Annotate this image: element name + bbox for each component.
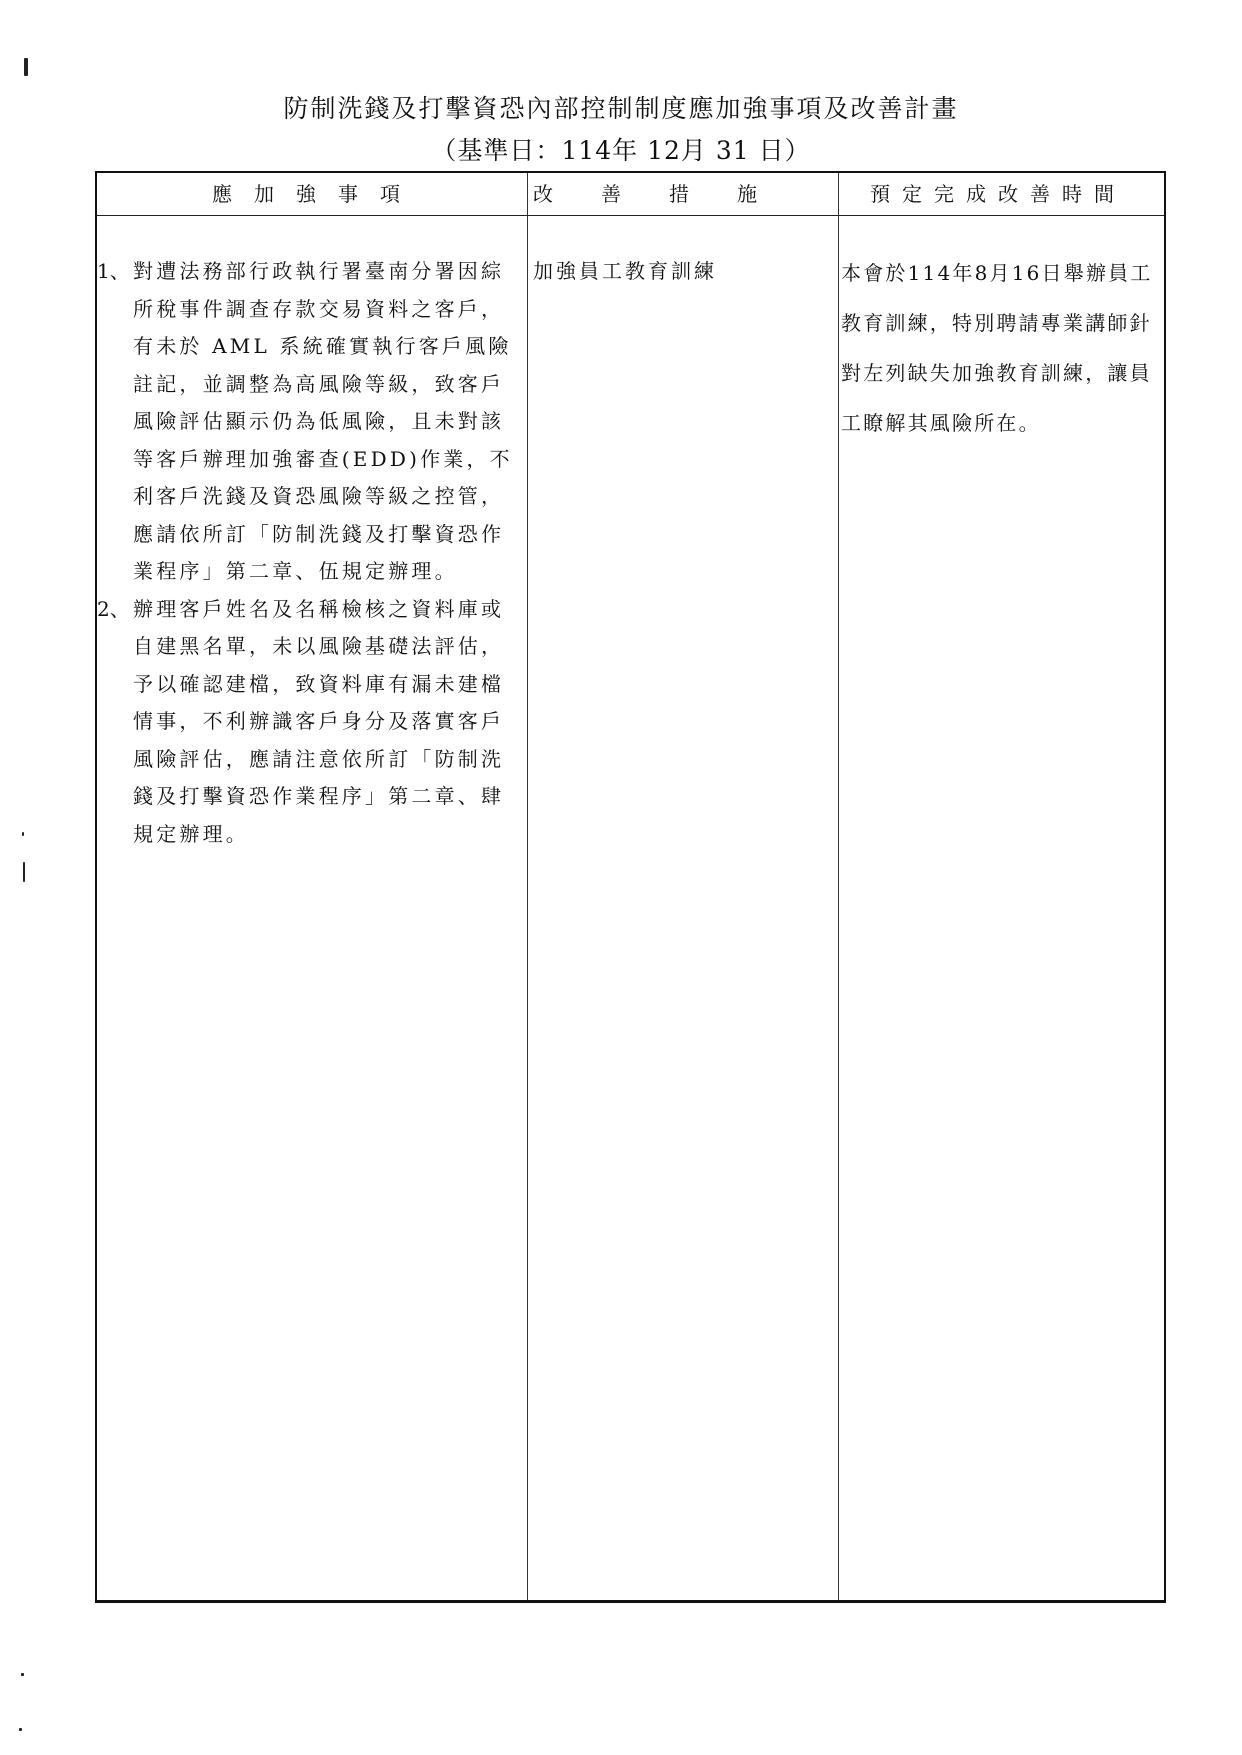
items-to-strengthen-cell: 1、 對遭法務部行政執行署臺南分署因綜所稅事件調查存款交易資料之客戶，有未於 A… bbox=[97, 253, 527, 853]
column-divider bbox=[527, 173, 528, 1600]
header-items-to-strengthen: 應加強事項 bbox=[97, 173, 527, 215]
scheduled-completion-cell: 本會於114年8月16日舉辦員工教育訓練，特別聘請專業講師針對左列缺失加強教育訓… bbox=[841, 248, 1163, 448]
item-text: 辦理客戶姓名及名稱檢核之資料庫或自建黑名單，未以風險基礎法評估，予以確認建檔，致… bbox=[133, 597, 504, 846]
item-number: 2、 bbox=[97, 591, 130, 629]
item-number: 1、 bbox=[97, 253, 130, 291]
scan-mark bbox=[23, 862, 25, 882]
table-header-row: 應加強事項 改善措施 預定完成改善時間 bbox=[97, 173, 1164, 216]
scan-mark bbox=[21, 1673, 24, 1676]
scan-mark bbox=[22, 832, 24, 836]
list-item: 2、 辦理客戶姓名及名稱檢核之資料庫或自建黑名單，未以風險基礎法評估，予以確認建… bbox=[97, 591, 527, 854]
scan-mark bbox=[19, 1728, 22, 1731]
header-improvement-measures: 改善措施 bbox=[533, 173, 838, 215]
document-title: 防制洗錢及打擊資恐內部控制制度應加強事項及改善計畫 bbox=[0, 92, 1242, 126]
scan-mark bbox=[24, 58, 28, 76]
column-divider bbox=[838, 173, 839, 1600]
improvement-plan-table: 應加強事項 改善措施 預定完成改善時間 1、 對遭法務部行政執行署臺南分署因綜所… bbox=[95, 171, 1166, 1603]
reference-date: （基準日：114年 12月 31 日） bbox=[0, 134, 1242, 168]
list-item: 1、 對遭法務部行政執行署臺南分署因綜所稅事件調查存款交易資料之客戶，有未於 A… bbox=[97, 253, 527, 591]
item-text: 對遭法務部行政執行署臺南分署因綜所稅事件調查存款交易資料之客戶，有未於 AML … bbox=[133, 259, 513, 583]
improvement-measures-cell: 加強員工教育訓練 bbox=[533, 253, 833, 291]
header-scheduled-completion: 預定完成改善時間 bbox=[844, 173, 1164, 215]
